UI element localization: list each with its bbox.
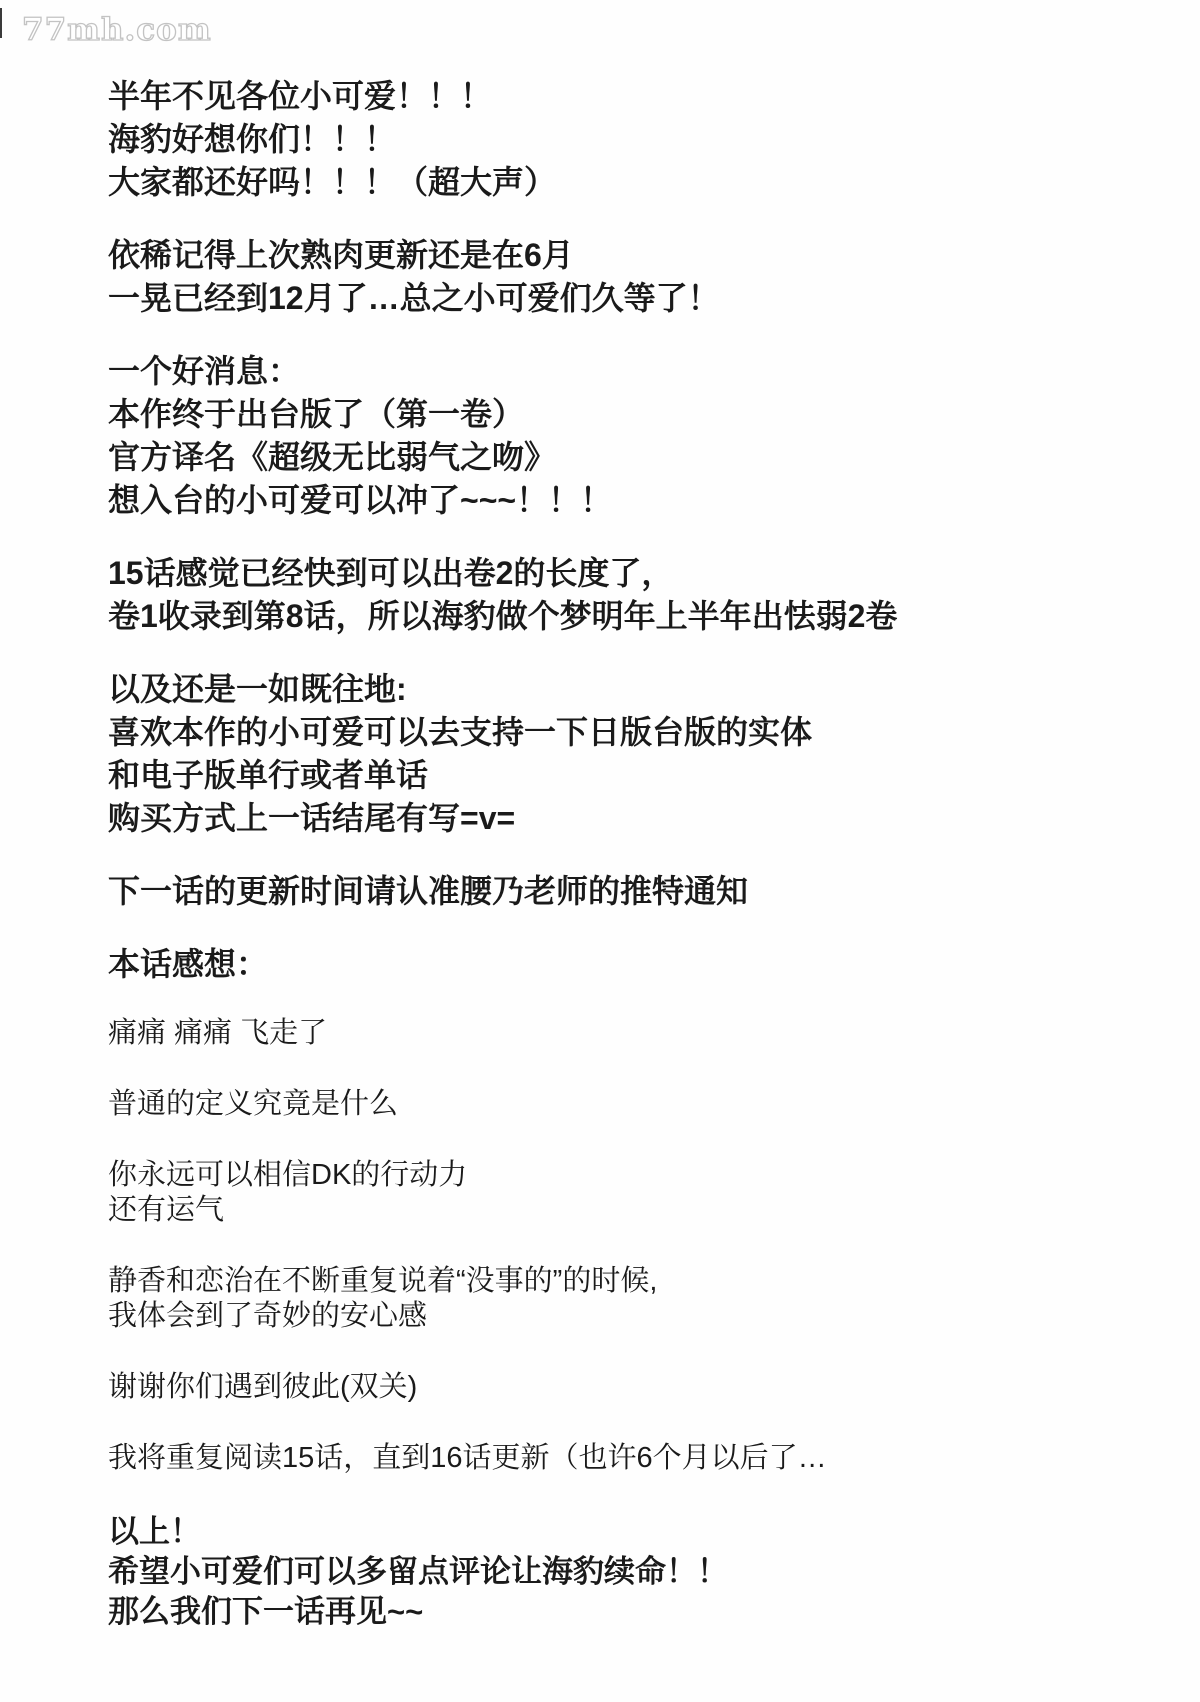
announcement-section: 半年不见各位小可爱！！！ 海豹好想你们！！！ 大家都还好吗！！！（超大声） 依稀… <box>108 75 1118 986</box>
thoughts-section: 痛痛 痛痛 飞走了 普通的定义究竟是什么 你永远可以相信DK的行动力 还有运气 … <box>108 1016 1118 1632</box>
text-line: 一个好消息： <box>108 350 1118 393</box>
text-line: 官方译名《超级无比弱气之吻》 <box>108 436 1118 479</box>
thoughts-heading: 本话感想： <box>108 943 1118 986</box>
text-line: 静香和恋治在不断重复说着“没事的”的时候, <box>108 1264 1118 1299</box>
watermark-77mh: 77mh.com <box>22 12 212 48</box>
afterword-page: 77mh.com 半年不见各位小可爱！！！ 海豹好想你们！！！ 大家都还好吗！！… <box>0 0 1200 1702</box>
text-line: 想入台的小可爱可以冲了~~~！！！ <box>108 479 1118 522</box>
para-thought-pain: 痛痛 痛痛 飞走了 <box>108 1016 1118 1051</box>
text-line: 还有运气 <box>108 1193 1118 1228</box>
text-line: 下一话的更新时间请认准腰乃老师的推特通知 <box>108 870 1118 913</box>
text-line: 15话感觉已经快到可以出卷2的长度了， <box>108 552 1118 595</box>
para-closing: 以上！ 希望小可爱们可以多留点评论让海豹续命！！ 那么我们下一话再见~~ <box>108 1512 1118 1632</box>
scan-artifact-line <box>0 8 2 38</box>
para-next-update-notice: 下一话的更新时间请认准腰乃老师的推特通知 <box>108 870 1118 913</box>
text-line: 依稀记得上次熟肉更新还是在6月 <box>108 234 1118 277</box>
text-line: 痛痛 痛痛 飞走了 <box>108 1016 1118 1051</box>
text-line: 和电子版单行或者单话 <box>108 754 1118 797</box>
para-thought-dk: 你永远可以相信DK的行动力 还有运气 <box>108 1158 1118 1228</box>
para-greeting: 半年不见各位小可爱！！！ 海豹好想你们！！！ 大家都还好吗！！！（超大声） <box>108 75 1118 204</box>
text-line: 以上！ <box>108 1512 1118 1552</box>
text-line: 大家都还好吗！！！（超大声） <box>108 161 1118 204</box>
para-update-gap: 依稀记得上次熟肉更新还是在6月 一晃已经到12月了…总之小可爱们久等了！ <box>108 234 1118 320</box>
text-line: 你永远可以相信DK的行动力 <box>108 1158 1118 1193</box>
para-thought-normal: 普通的定义究竟是什么 <box>108 1087 1118 1122</box>
afterword-text: 半年不见各位小可爱！！！ 海豹好想你们！！！ 大家都还好吗！！！（超大声） 依稀… <box>108 75 1118 1632</box>
text-line: 半年不见各位小可爱！！！ <box>108 75 1118 118</box>
text-line: 喜欢本作的小可爱可以去支持一下日版台版的实体 <box>108 711 1118 754</box>
para-volume2: 15话感觉已经快到可以出卷2的长度了， 卷1收录到第8话，所以海豹做个梦明年上半… <box>108 552 1118 638</box>
para-support: 以及还是一如既往地: 喜欢本作的小可爱可以去支持一下日版台版的实体 和电子版单行… <box>108 668 1118 840</box>
text-line: 那么我们下一话再见~~ <box>108 1592 1118 1632</box>
text-line: 普通的定义究竟是什么 <box>108 1087 1118 1122</box>
para-thought-reread: 我将重复阅读15话，直到16话更新（也许6个月以后了… <box>108 1441 1118 1476</box>
para-thought-thanks: 谢谢你们遇到彼此(双关) <box>108 1370 1118 1405</box>
text-line: 以及还是一如既往地: <box>108 668 1118 711</box>
text-line: 卷1收录到第8话，所以海豹做个梦明年上半年出怯弱2卷 <box>108 595 1118 638</box>
text-line: 我将重复阅读15话，直到16话更新（也许6个月以后了… <box>108 1441 1118 1476</box>
text-line: 海豹好想你们！！！ <box>108 118 1118 161</box>
para-good-news: 一个好消息： 本作终于出台版了（第一卷） 官方译名《超级无比弱气之吻》 想入台的… <box>108 350 1118 522</box>
text-line: 本作终于出台版了（第一卷） <box>108 393 1118 436</box>
text-line: 希望小可爱们可以多留点评论让海豹续命！！ <box>108 1552 1118 1592</box>
text-line: 购买方式上一话结尾有写=v= <box>108 797 1118 840</box>
text-line: 谢谢你们遇到彼此(双关) <box>108 1370 1118 1405</box>
text-line: 本话感想： <box>108 943 1118 986</box>
text-line: 我体会到了奇妙的安心感 <box>108 1299 1118 1334</box>
para-thought-calm: 静香和恋治在不断重复说着“没事的”的时候, 我体会到了奇妙的安心感 <box>108 1264 1118 1334</box>
text-line: 一晃已经到12月了…总之小可爱们久等了！ <box>108 277 1118 320</box>
